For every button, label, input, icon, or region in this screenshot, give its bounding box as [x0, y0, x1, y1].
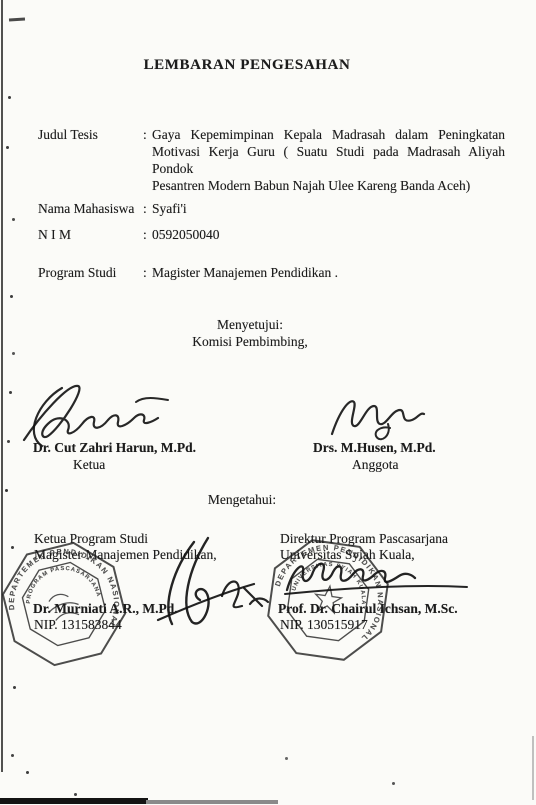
endorsement-right-name: Prof. Dr. Chairul Ichsan, M.Sc. [278, 601, 458, 617]
field-judul-colon: : [143, 126, 152, 194]
scan-top-mark [9, 17, 25, 21]
field-nama-value: Syafi'i [152, 200, 505, 217]
field-nim-label: N I M [38, 226, 143, 243]
endorsement-left-nip: NIP. 131583844 [34, 617, 122, 633]
scan-specks [0, 0, 3, 3]
field-nim: N I M : 0592050040 [38, 226, 505, 243]
committee-right-name: Drs. M.Husen, M.Pd. [313, 440, 436, 456]
scanned-document-page: LEMBARAN PENGESAHAN Judul Tesis : Gaya K… [0, 0, 536, 805]
field-nama-colon: : [143, 200, 152, 217]
committee-left-role: Ketua [73, 457, 105, 473]
committee-left-name: Dr. Cut Zahri Harun, M.Pd. [33, 440, 196, 456]
judul-line-2: Motivasi Kerja Guru ( Suatu Studi pada M… [152, 143, 505, 177]
field-judul-tesis: Judul Tesis : Gaya Kepemimpinan Kepala M… [38, 126, 505, 194]
field-judul-label: Judul Tesis [38, 126, 143, 194]
page-title: LEMBARAN PENGESAHAN [0, 57, 494, 74]
field-prodi-colon: : [143, 264, 152, 281]
judul-line-3: Pesantren Modern Babun Najah Ulee Kareng… [152, 177, 505, 194]
committee-right-role: Anggota [352, 457, 399, 473]
scan-bottom-bar [0, 798, 148, 804]
endorsement-right-title1: Direktur Program Pascasarjana [280, 531, 448, 547]
approval-heading: Menyetujui: Komisi Pembimbing, [0, 316, 500, 350]
endorsement-left-name: Dr. Murniati A.R., M.Pd. [33, 601, 178, 617]
scan-bottom-bar-gray [146, 800, 278, 804]
endorsement-heading: Mengetahui: [0, 492, 484, 508]
scan-right-edge-mark [532, 736, 534, 800]
approval-heading-line1: Menyetujui: [0, 316, 500, 333]
field-nim-colon: : [143, 226, 152, 243]
field-nama-mahasiswa: Nama Mahasiswa : Syafi'i [38, 200, 505, 217]
field-nama-label: Nama Mahasiswa [38, 200, 143, 217]
field-prodi-label: Program Studi [38, 264, 143, 281]
endorsement-right-nip: NIP. 130515917 [280, 617, 368, 633]
field-nim-value: 0592050040 [152, 226, 505, 243]
signature-murniati [122, 534, 272, 634]
field-prodi-value: Magister Manajemen Pendidikan . [152, 264, 505, 281]
judul-line-1: Gaya Kepemimpinan Kepala Madrasah dalam … [152, 126, 505, 143]
approval-heading-line2: Komisi Pembimbing, [0, 333, 500, 350]
field-program-studi: Program Studi : Magister Manajemen Pendi… [38, 264, 505, 281]
